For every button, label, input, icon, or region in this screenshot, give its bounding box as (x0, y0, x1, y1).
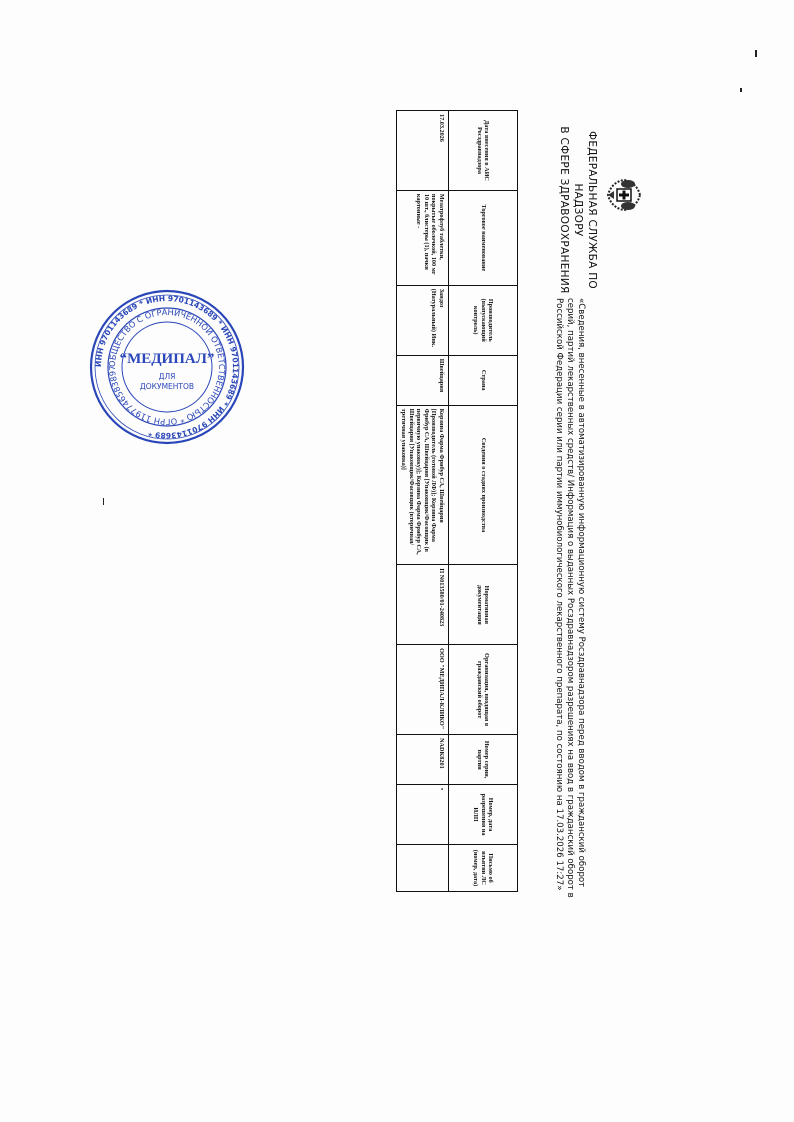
cell-trade-name: Мезатрофлуб таблетки, покрытые оболочкой… (397, 190, 449, 285)
cell-withdrawal-letter (397, 844, 449, 891)
cell-organization: ООО "МЕДИПАЛ-КЛИКО" (397, 645, 449, 735)
cell-country: Швейцария (397, 355, 449, 405)
header-country: Страна (449, 355, 518, 405)
header-organization: Организация, вводящая в гражданский обор… (449, 645, 518, 735)
header-trade-name: Торговое наименование (449, 190, 518, 285)
cell-permit: • (397, 785, 449, 845)
scanned-page: ИНН 9701143689 * ИНН 9701143689 * ИНН 97… (0, 0, 794, 1122)
header-production-stages: Сведения о стадиях производства (449, 405, 518, 565)
document-heading: «Сведения, внесенные в автоматизированну… (553, 298, 586, 918)
agency-line-2: В СФЕРЕ ЗДРАВООХРАНЕНИЯ (557, 115, 571, 305)
header-normative-doc: Нормативная документация (449, 565, 518, 645)
cell-date: 17.03.2026 (397, 111, 449, 191)
header-permit: Номер, дата разрешения на ИЛП (449, 785, 518, 845)
cell-manufacturer: Зандоз (Натуральный) Инк. (397, 285, 449, 355)
agency-line-1: ФЕДЕРАЛЬНАЯ СЛУЖБА ПО НАДЗОРУ (571, 115, 599, 305)
cell-production-stages: Корзина Фарма Фрибур СА, Швейцария [Прои… (397, 405, 449, 565)
emblem-icon (604, 175, 644, 215)
header-date: Дата внесения в АИС Росздравнадзора (449, 111, 518, 191)
header-withdrawal-letter: Письмо об изъятии ЛС (номер, дата) (449, 844, 518, 891)
cell-batch-number: NADK8201 (397, 735, 449, 785)
registry-table: Дата внесения в АИС Росздравнадзора Торг… (396, 110, 518, 892)
header-batch-number: Номер серии, партии (449, 735, 518, 785)
cell-normative-doc: П N013580/01-240823 (397, 565, 449, 645)
table-header-row: Дата внесения в АИС Росздравнадзора Торг… (449, 111, 518, 892)
agency-name: ФЕДЕРАЛЬНАЯ СЛУЖБА ПО НАДЗОРУ В СФЕРЕ ЗД… (557, 115, 599, 305)
header-manufacturer: Производитель (выпускающий контроль) (449, 285, 518, 355)
rotated-document: ФЕДЕРАЛЬНАЯ СЛУЖБА ПО НАДЗОРУ В СФЕРЕ ЗД… (0, 0, 794, 1122)
table-row: 17.03.2026 Мезатрофлуб таблетки, покрыты… (397, 111, 449, 892)
